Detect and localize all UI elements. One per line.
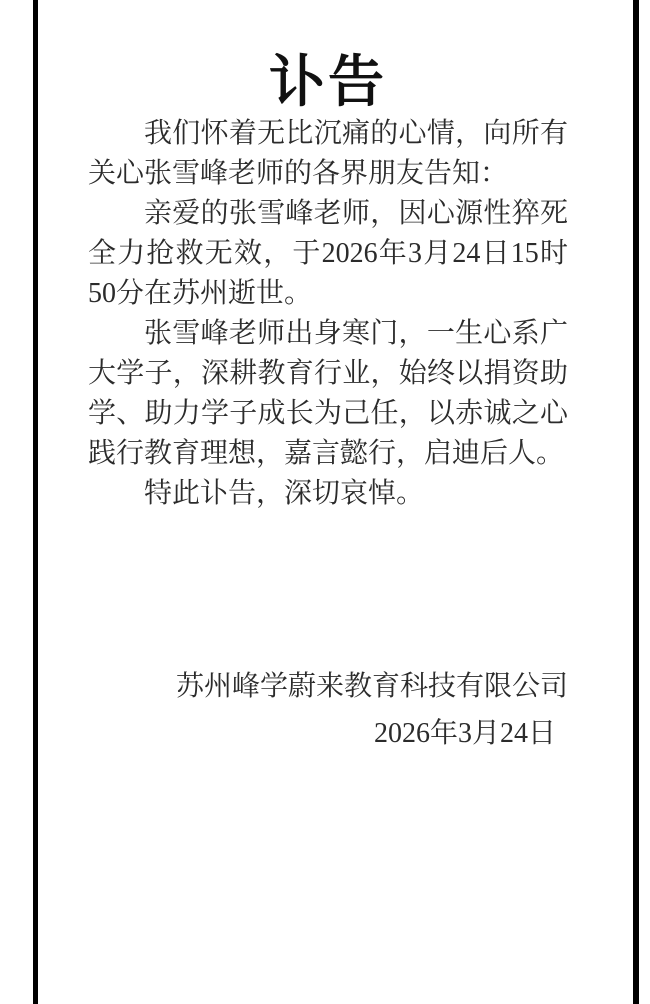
obituary-notice-page: 讣告 我们怀着无比沉痛的心情，向所有关心张雪峰老师的各界朋友告知： 亲爱的张雪峰… bbox=[0, 0, 650, 1004]
signature-date: 2026年3月24日 bbox=[88, 714, 568, 754]
body-paragraph-intro: 我们怀着无比沉痛的心情，向所有关心张雪峰老师的各界朋友告知： bbox=[88, 114, 568, 194]
signature-company: 苏州峰学蔚来教育科技有限公司 bbox=[88, 667, 568, 707]
body-paragraph-condolence: 特此讣告，深切哀悼。 bbox=[88, 474, 568, 514]
page-title: 讣告 bbox=[88, 50, 568, 114]
left-border-line bbox=[33, 0, 38, 1004]
document-content: 讣告 我们怀着无比沉痛的心情，向所有关心张雪峰老师的各界朋友告知： 亲爱的张雪峰… bbox=[88, 0, 568, 754]
body-paragraph-eulogy: 张雪峰老师出身寒门，一生心系广大学子，深耕教育行业，始终以捐资助学、助力学子成长… bbox=[88, 314, 568, 474]
body-paragraph-death-announcement: 亲爱的张雪峰老师，因心源性猝死全力抢救无效，于2026年3月24日15时50分在… bbox=[88, 194, 568, 314]
right-border-line bbox=[633, 0, 639, 1004]
